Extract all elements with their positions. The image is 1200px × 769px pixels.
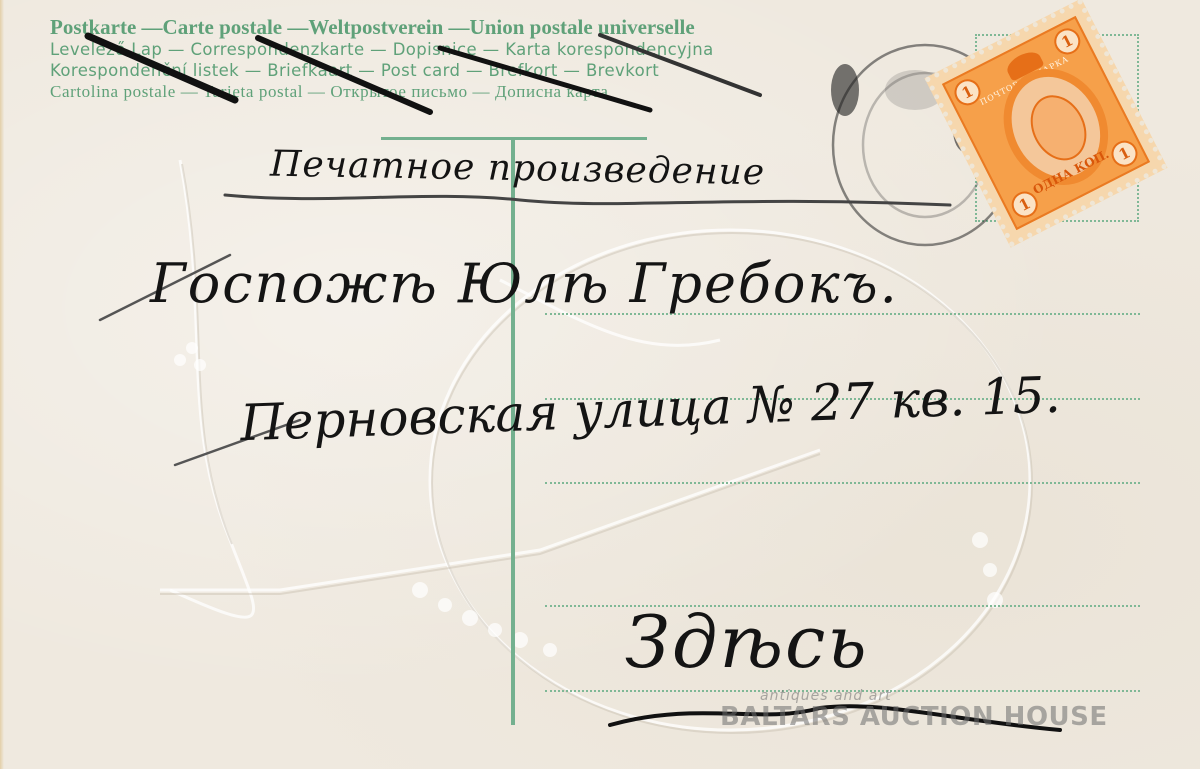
handwritten-line-printed-matter: Печатное произведение <box>270 144 766 194</box>
handwritten-line-city: Здѣсь <box>625 600 869 684</box>
handwritten-line-recipient: Госпожѣ Юлѣ Гребокъ. <box>150 252 899 315</box>
postcard: Postkarte —Carte postale —Weltpostverein… <box>0 0 1200 769</box>
watermark-name: BALTARS AUCTION HOUSE <box>720 702 1108 732</box>
